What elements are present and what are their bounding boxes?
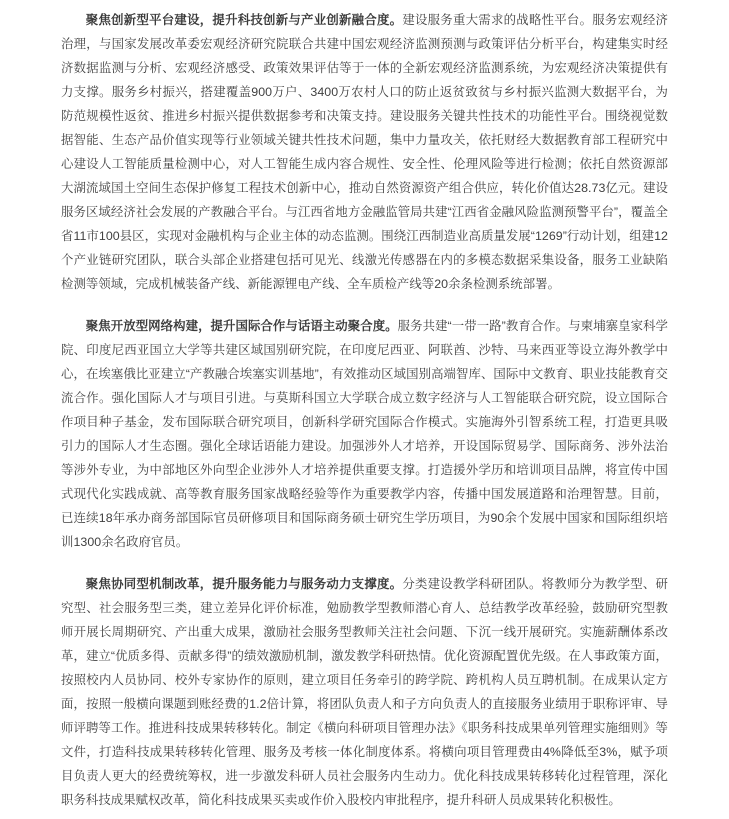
- paragraph-innovation-platform-lead: 聚焦创新型平台建设，提升科技创新与产业创新融合度。: [86, 13, 403, 27]
- paragraph-open-network: 聚焦开放型网络构建，提升国际合作与话语主动聚合度。服务共建“一带一路”教育合作。…: [61, 314, 668, 554]
- paragraph-mechanism-reform: 聚焦协同型机制改革，提升服务能力与服务动力支撑度。分类建设教学科研团队。将教师分…: [61, 572, 668, 812]
- document-page: 聚焦创新型平台建设，提升科技创新与产业创新融合度。建设服务重大需求的战略性平台。…: [0, 0, 729, 812]
- paragraph-mechanism-reform-body: 分类建设教学科研团队。将教师分为教学型、研究型、社会服务型三类，建立差异化评价标…: [61, 577, 668, 807]
- paragraph-innovation-platform-body: 建设服务重大需求的战略性平台。服务宏观经济治理，与国家发展改革委宏观经济研究院联…: [61, 13, 668, 291]
- paragraph-innovation-platform: 聚焦创新型平台建设，提升科技创新与产业创新融合度。建设服务重大需求的战略性平台。…: [61, 8, 668, 296]
- paragraph-open-network-lead: 聚焦开放型网络构建，提升国际合作与话语主动聚合度。: [86, 319, 398, 333]
- paragraph-open-network-body: 服务共建“一带一路”教育合作。与柬埔寨皇家科学院、印度尼西亚国立大学等共建区域国…: [61, 319, 668, 549]
- paragraph-mechanism-reform-lead: 聚焦协同型机制改革，提升服务能力与服务动力支撑度。: [86, 577, 403, 591]
